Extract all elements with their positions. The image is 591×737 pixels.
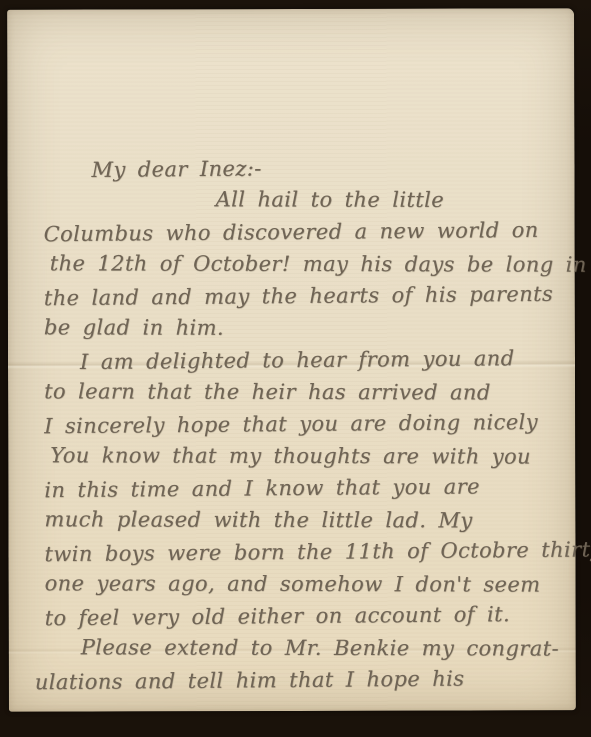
letter-line: All hail to the little (216, 187, 561, 220)
letter-body: My dear Inez:- All hail to the little Co… (7, 8, 576, 711)
letter-line: in this time and I know that you are (44, 474, 561, 511)
letter-line: much pleased with the little lad. My (44, 507, 561, 540)
letter-line: the 12th of October! may his days be lon… (50, 251, 561, 284)
letter-line: You know that my thoughts are with you (50, 443, 561, 476)
letter-line: Columbus who discovered a new world on (44, 218, 561, 255)
letter-line: Please extend to Mr. Benkie my congrat- (81, 635, 562, 668)
letter-line: ulations and tell him that I hope his (35, 666, 562, 703)
letter-page: My dear Inez:- All hail to the little Co… (7, 8, 576, 711)
letter-salutation: My dear Inez:- (91, 154, 560, 190)
letter-line: to feel very old either on account of it… (45, 602, 562, 639)
letter-line: the land and may the hearts of his paren… (44, 282, 561, 319)
letter-line: one years ago, and somehow I don't seem (45, 571, 562, 604)
letter-line: twin boys were born the 11th of Octobre … (44, 538, 561, 575)
letter-line: be glad in him. (44, 315, 561, 348)
letter-line: I sincerely hope that you are doing nice… (44, 410, 561, 447)
letter-line: I am delighted to hear from you and (80, 346, 561, 382)
photo-background: My dear Inez:- All hail to the little Co… (0, 0, 591, 737)
letter-line: to learn that the heir has arrived and (44, 379, 561, 412)
